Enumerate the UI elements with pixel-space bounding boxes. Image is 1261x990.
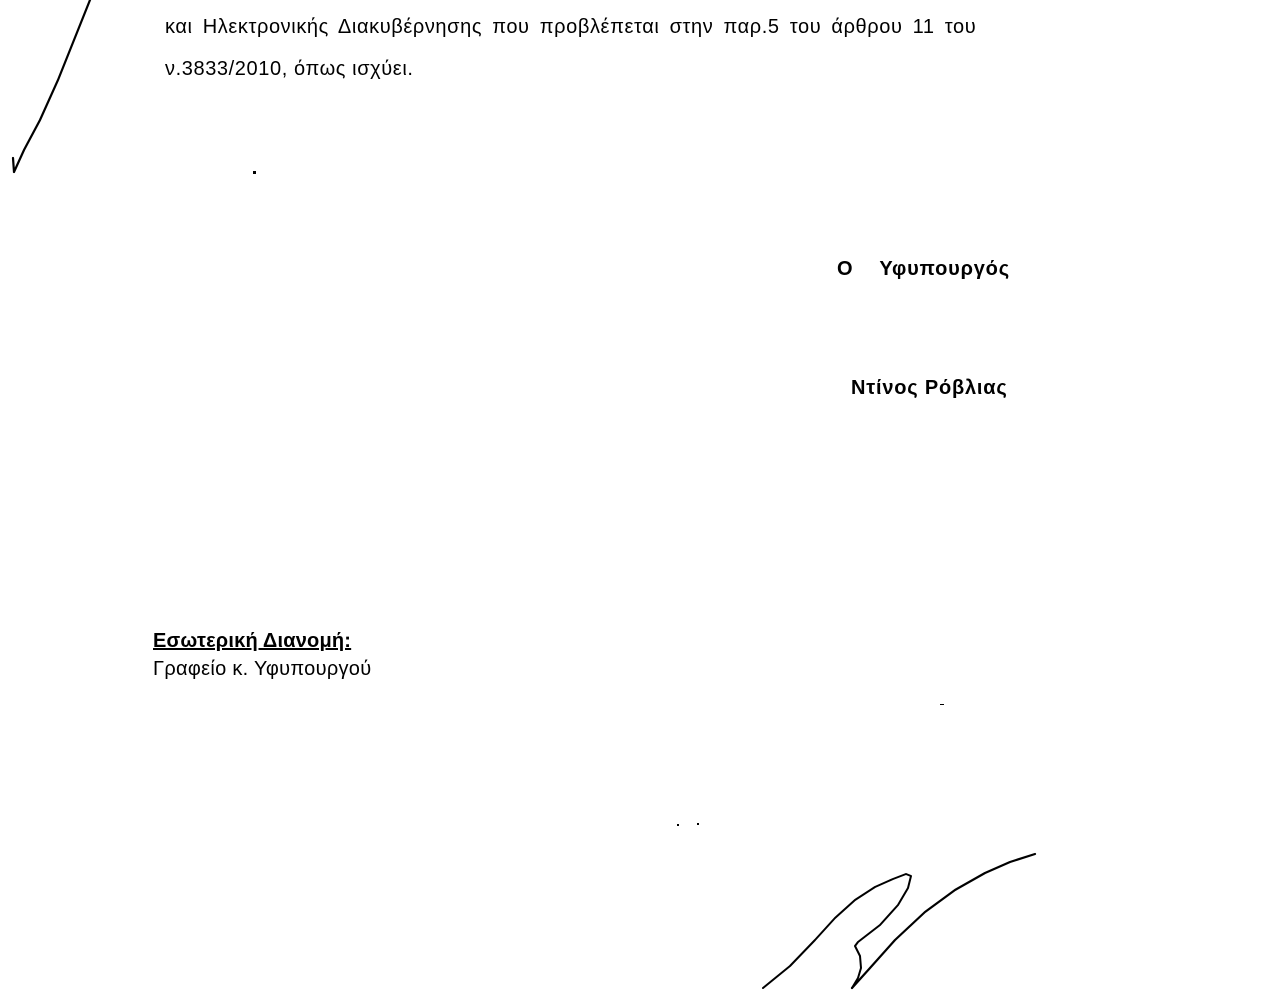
signature-icon [763, 854, 1035, 988]
scan-speck [677, 824, 679, 826]
internal-distribution-item: Γραφείο κ. Υφυπουργού [153, 658, 371, 681]
body-text-line-1: και Ηλεκτρονικής Διακυβέρνησης που προβλ… [165, 16, 976, 39]
scan-speck [697, 823, 699, 825]
body-text-line-2: ν.3833/2010, όπως ισχύει. [165, 58, 414, 81]
signatory-name: Ντίνος Ρόβλιας [851, 377, 1008, 400]
signatory-title: ΟΥφυπουργός [837, 258, 1010, 281]
internal-distribution-heading: Εσωτερική Διανομή: [153, 630, 351, 653]
scan-speck [253, 171, 256, 174]
handwritten-annotations [0, 0, 1261, 990]
scan-speck [940, 704, 944, 705]
signatory-role: Υφυπουργός [879, 258, 1010, 280]
margin-check-mark-icon [13, 0, 90, 172]
signatory-article: Ο [837, 258, 853, 280]
